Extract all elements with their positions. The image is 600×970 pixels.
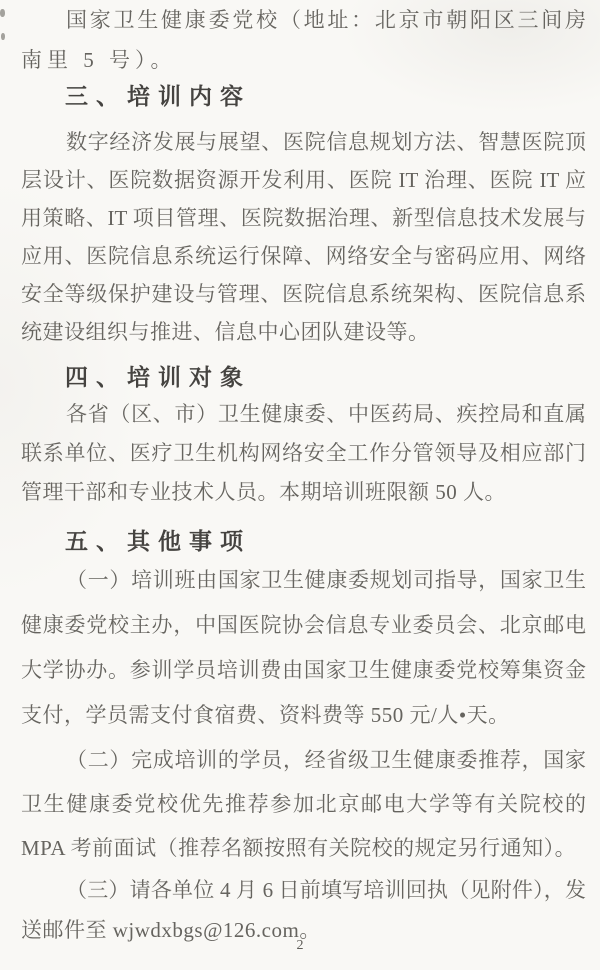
scan-artifact-speck bbox=[1, 33, 5, 40]
paragraph-venue-address: 国家卫生健康委党校（地址：北京市朝阳区三间房 南里 5 号）。 bbox=[21, 0, 586, 80]
text-line: 统建设组织与推进、信息中心团队建设等。 bbox=[21, 313, 586, 351]
section-heading-other-matters: 五、其他事项 bbox=[21, 526, 586, 556]
text-line: 各省（区、市）卫生健康委、中医药局、疾控局和直属 bbox=[21, 395, 586, 434]
text-line: 南里 5 号）。 bbox=[21, 40, 586, 80]
text-line: 健康委党校主办，中国医院协会信息专业委员会、北京邮电 bbox=[21, 603, 586, 648]
text-line: （三）请各单位 4 月 6 日前填写培训回执（见附件），发 bbox=[21, 870, 586, 910]
page-number: 2 bbox=[0, 938, 600, 954]
text-line: MPA 考前面试（推荐名额按照有关院校的规定另行通知）。 bbox=[21, 826, 586, 870]
text-line: 用策略、IT 项目管理、医院数据治理、新型信息技术发展与 bbox=[21, 199, 586, 237]
text-line: （一）培训班由国家卫生健康委规划司指导，国家卫生 bbox=[21, 558, 586, 603]
section-heading-training-audience: 四、培训对象 bbox=[21, 362, 586, 392]
paragraph-other-matters-item1: （一）培训班由国家卫生健康委规划司指导，国家卫生 健康委党校主办，中国医院协会信… bbox=[21, 558, 586, 738]
text-line: 联系单位、医疗卫生机构网络安全工作分管领导及相应部门 bbox=[21, 434, 586, 473]
text-line: 应用、医院信息系统运行保障、网络安全与密码应用、网络 bbox=[21, 237, 586, 275]
document-page: 国家卫生健康委党校（地址：北京市朝阳区三间房 南里 5 号）。 三、培训内容 数… bbox=[0, 0, 600, 970]
scan-artifact-speck bbox=[0, 9, 5, 17]
text-line: 国家卫生健康委党校（地址：北京市朝阳区三间房 bbox=[21, 0, 586, 40]
text-line: 数字经济发展与展望、医院信息规划方法、智慧医院顶 bbox=[21, 123, 586, 161]
text-line: 层设计、医院数据资源开发利用、医院 IT 治理、医院 IT 应 bbox=[21, 161, 586, 199]
text-line: 安全等级保护建设与管理、医院信息系统架构、医院信息系 bbox=[21, 275, 586, 313]
section-heading-training-content: 三、培训内容 bbox=[21, 81, 586, 111]
paragraph-training-audience: 各省（区、市）卫生健康委、中医药局、疾控局和直属 联系单位、医疗卫生机构网络安全… bbox=[21, 395, 586, 512]
text-line: 卫生健康委党校优先推荐参加北京邮电大学等有关院校的 bbox=[21, 782, 586, 826]
text-line: （二）完成培训的学员，经省级卫生健康委推荐，国家 bbox=[21, 738, 586, 782]
paragraph-training-content: 数字经济发展与展望、医院信息规划方法、智慧医院顶 层设计、医院数据资源开发利用、… bbox=[21, 123, 586, 351]
text-line: 管理干部和专业技术人员。本期培训班限额 50 人。 bbox=[21, 473, 586, 512]
text-line: 支付，学员需支付食宿费、资料费等 550 元/人•天。 bbox=[21, 693, 586, 738]
text-line: 大学协办。参训学员培训费由国家卫生健康委党校筹集资金 bbox=[21, 648, 586, 693]
paragraph-other-matters-item2: （二）完成培训的学员，经省级卫生健康委推荐，国家 卫生健康委党校优先推荐参加北京… bbox=[21, 738, 586, 870]
